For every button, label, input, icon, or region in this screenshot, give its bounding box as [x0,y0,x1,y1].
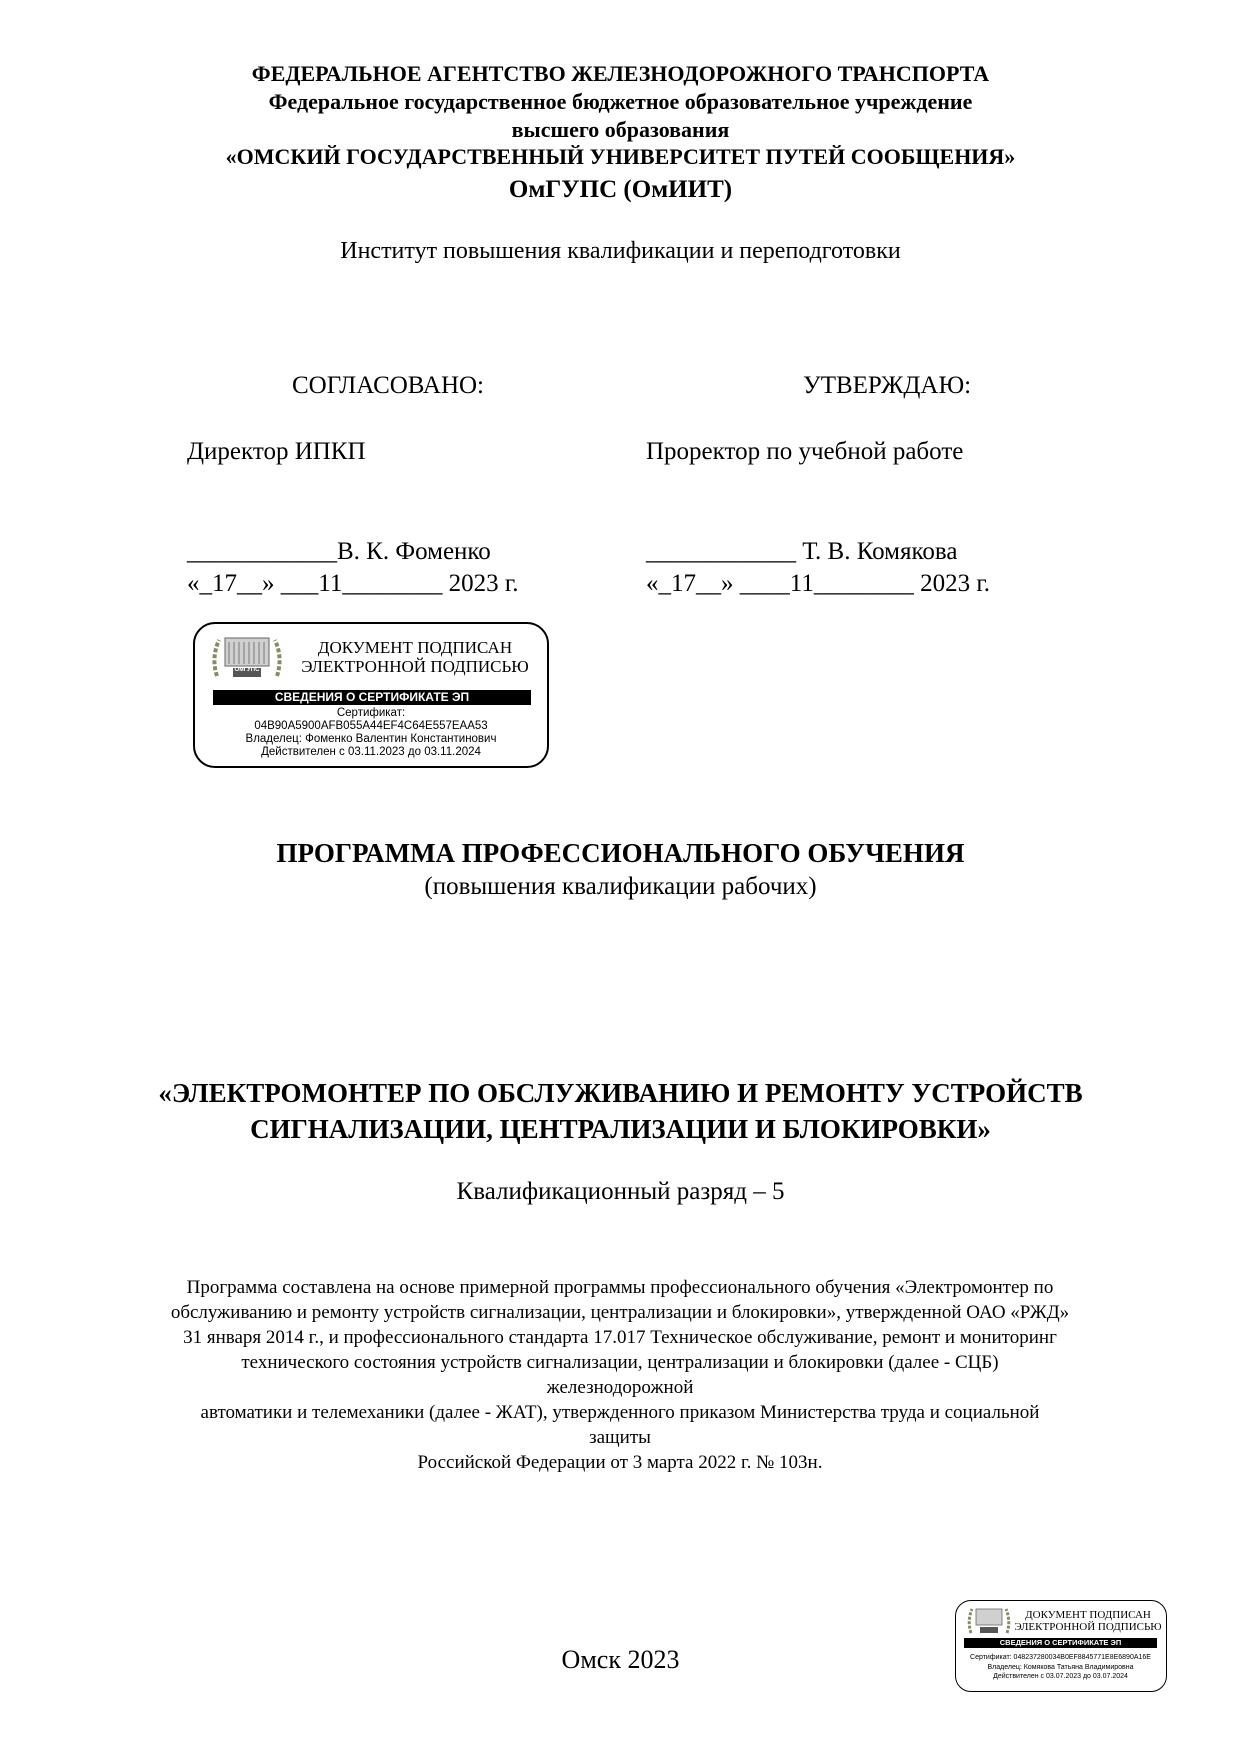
qualification-grade: Квалификационный разряд – 5 [0,1178,1241,1206]
approved-heading: УТВЕРЖДАЮ: [803,370,971,402]
approved-signature: ____________ Т. В. Комякова [646,536,957,568]
agency-name: ФЕДЕРАЛЬНОЕ АГЕНТСТВО ЖЕЛЕЗНОДОРОЖНОГО Т… [0,60,1241,88]
program-title: ПРОГРАММА ПРОФЕССИОНАЛЬНОГО ОБУЧЕНИЯ [0,838,1241,869]
university-logo-icon: ОмГУПС [209,632,285,684]
university-logo-icon [966,1605,1012,1637]
institute-name: Институт повышения квалификации и перепо… [0,238,1241,265]
program-subtitle: (повышения квалификации рабочих) [0,873,1241,901]
education-level: высшего образования [0,116,1241,144]
basis-paragraph: Программа составлена на основе примерной… [170,1275,1070,1475]
logo-caption: ОмГУПС [233,667,261,673]
e-signature-stamp: ОмГУПС ДОКУМЕНТ ПОДПИСАН ЭЛЕКТРОННОЙ ПОД… [193,622,549,768]
institution-type: Федеральное государственное бюджетное об… [0,88,1241,116]
stamp-title: ДОКУМЕНТ ПОДПИСАН ЭЛЕКТРОННОЙ ПОДПИСЬЮ [285,638,545,676]
approved-date: «_17__» ____11________ 2023 г. [646,568,990,600]
university-abbr: ОмГУПС (ОмИИТ) [0,175,1241,205]
stamp-cert-info: Сертификат: 04B90A5900AFB055A44EF4C64E55… [195,707,547,759]
approved-position: Проректор по учебной работе [646,436,963,468]
agreed-heading: СОГЛАСОВАНО: [292,370,484,402]
stamp-cert-info: Сертификат: 048237280034B0EF8845771E8E68… [956,1653,1165,1682]
agreed-position: Директор ИПКП [187,436,366,468]
stamp-title: ДОКУМЕНТ ПОДПИСАН ЭЛЕКТРОННОЙ ПОДПИСЬЮ [1012,1609,1164,1633]
stamp-cert-bar: СВЕДЕНИЯ О СЕРТИФИКАТЕ ЭП [964,1638,1157,1648]
university-name: «ОМСКИЙ ГОСУДАРСТВЕННЫЙ УНИВЕРСИТЕТ ПУТЕ… [0,143,1241,171]
program-name: «ЭЛЕКТРОМОНТЕР ПО ОБСЛУЖИВАНИЮ И РЕМОНТУ… [0,1075,1241,1147]
agreed-signature: ____________В. К. Фоменко [187,536,491,568]
e-signature-stamp-small: ДОКУМЕНТ ПОДПИСАН ЭЛЕКТРОННОЙ ПОДПИСЬЮ С… [955,1600,1167,1692]
agreed-date: «_17__» ___11________ 2023 г. [187,568,519,600]
stamp-cert-bar: СВЕДЕНИЯ О СЕРТИФИКАТЕ ЭП [213,690,531,705]
